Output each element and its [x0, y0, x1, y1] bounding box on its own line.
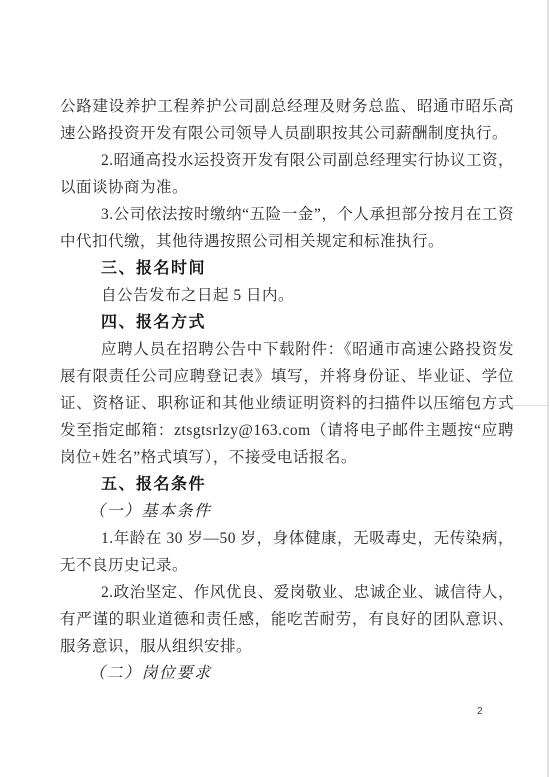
section-heading-registration-time: 三、报名时间: [101, 255, 514, 282]
paragraph-salary-item-3: 3.公司依法按时缴纳“五险一金”，个人承担部分按月在工资中代扣代缴，其他待遇按照…: [60, 201, 514, 255]
paragraph-registration-time: 自公告发布之日起 5 日内。: [60, 282, 514, 309]
scan-edge-line: [547, 0, 549, 777]
scan-artifact-line: [492, 405, 548, 406]
paragraph-basic-condition-2: 2.政治坚定、作风优良、爱岗敬业、忠诚企业、诚信待人，有严谨的职业道德和责任感，…: [60, 579, 514, 660]
document-page: 公路建设养护工程养护公司副总经理及财务总监、昭通市昭乐高速公路投资开发有限公司领…: [0, 0, 550, 777]
paragraph-salary-item-2: 2.昭通高投水运投资开发有限公司副总经理实行协议工资，以面谈协商为准。: [60, 147, 514, 201]
paragraph-salary-policy-continuation: 公路建设养护工程养护公司副总经理及财务总监、昭通市昭乐高速公路投资开发有限公司领…: [60, 93, 514, 147]
subsection-heading-basic-conditions: （一）基本条件: [89, 498, 514, 525]
document-content: 公路建设养护工程养护公司副总经理及财务总监、昭通市昭乐高速公路投资开发有限公司领…: [60, 93, 514, 687]
section-heading-registration-conditions: 五、报名条件: [101, 471, 514, 498]
paragraph-registration-method: 应聘人员在招聘公告中下载附件：《昭通市高速公路投资发展有限责任公司应聘登记表》填…: [60, 336, 514, 471]
section-heading-registration-method: 四、报名方式: [101, 309, 514, 336]
subsection-heading-post-requirements: （二）岗位要求: [89, 660, 514, 687]
paragraph-basic-condition-1: 1.年龄在 30 岁—50 岁，身体健康，无吸毒史，无传染病，无不良历史记录。: [60, 525, 514, 579]
page-number: 2: [477, 706, 483, 717]
